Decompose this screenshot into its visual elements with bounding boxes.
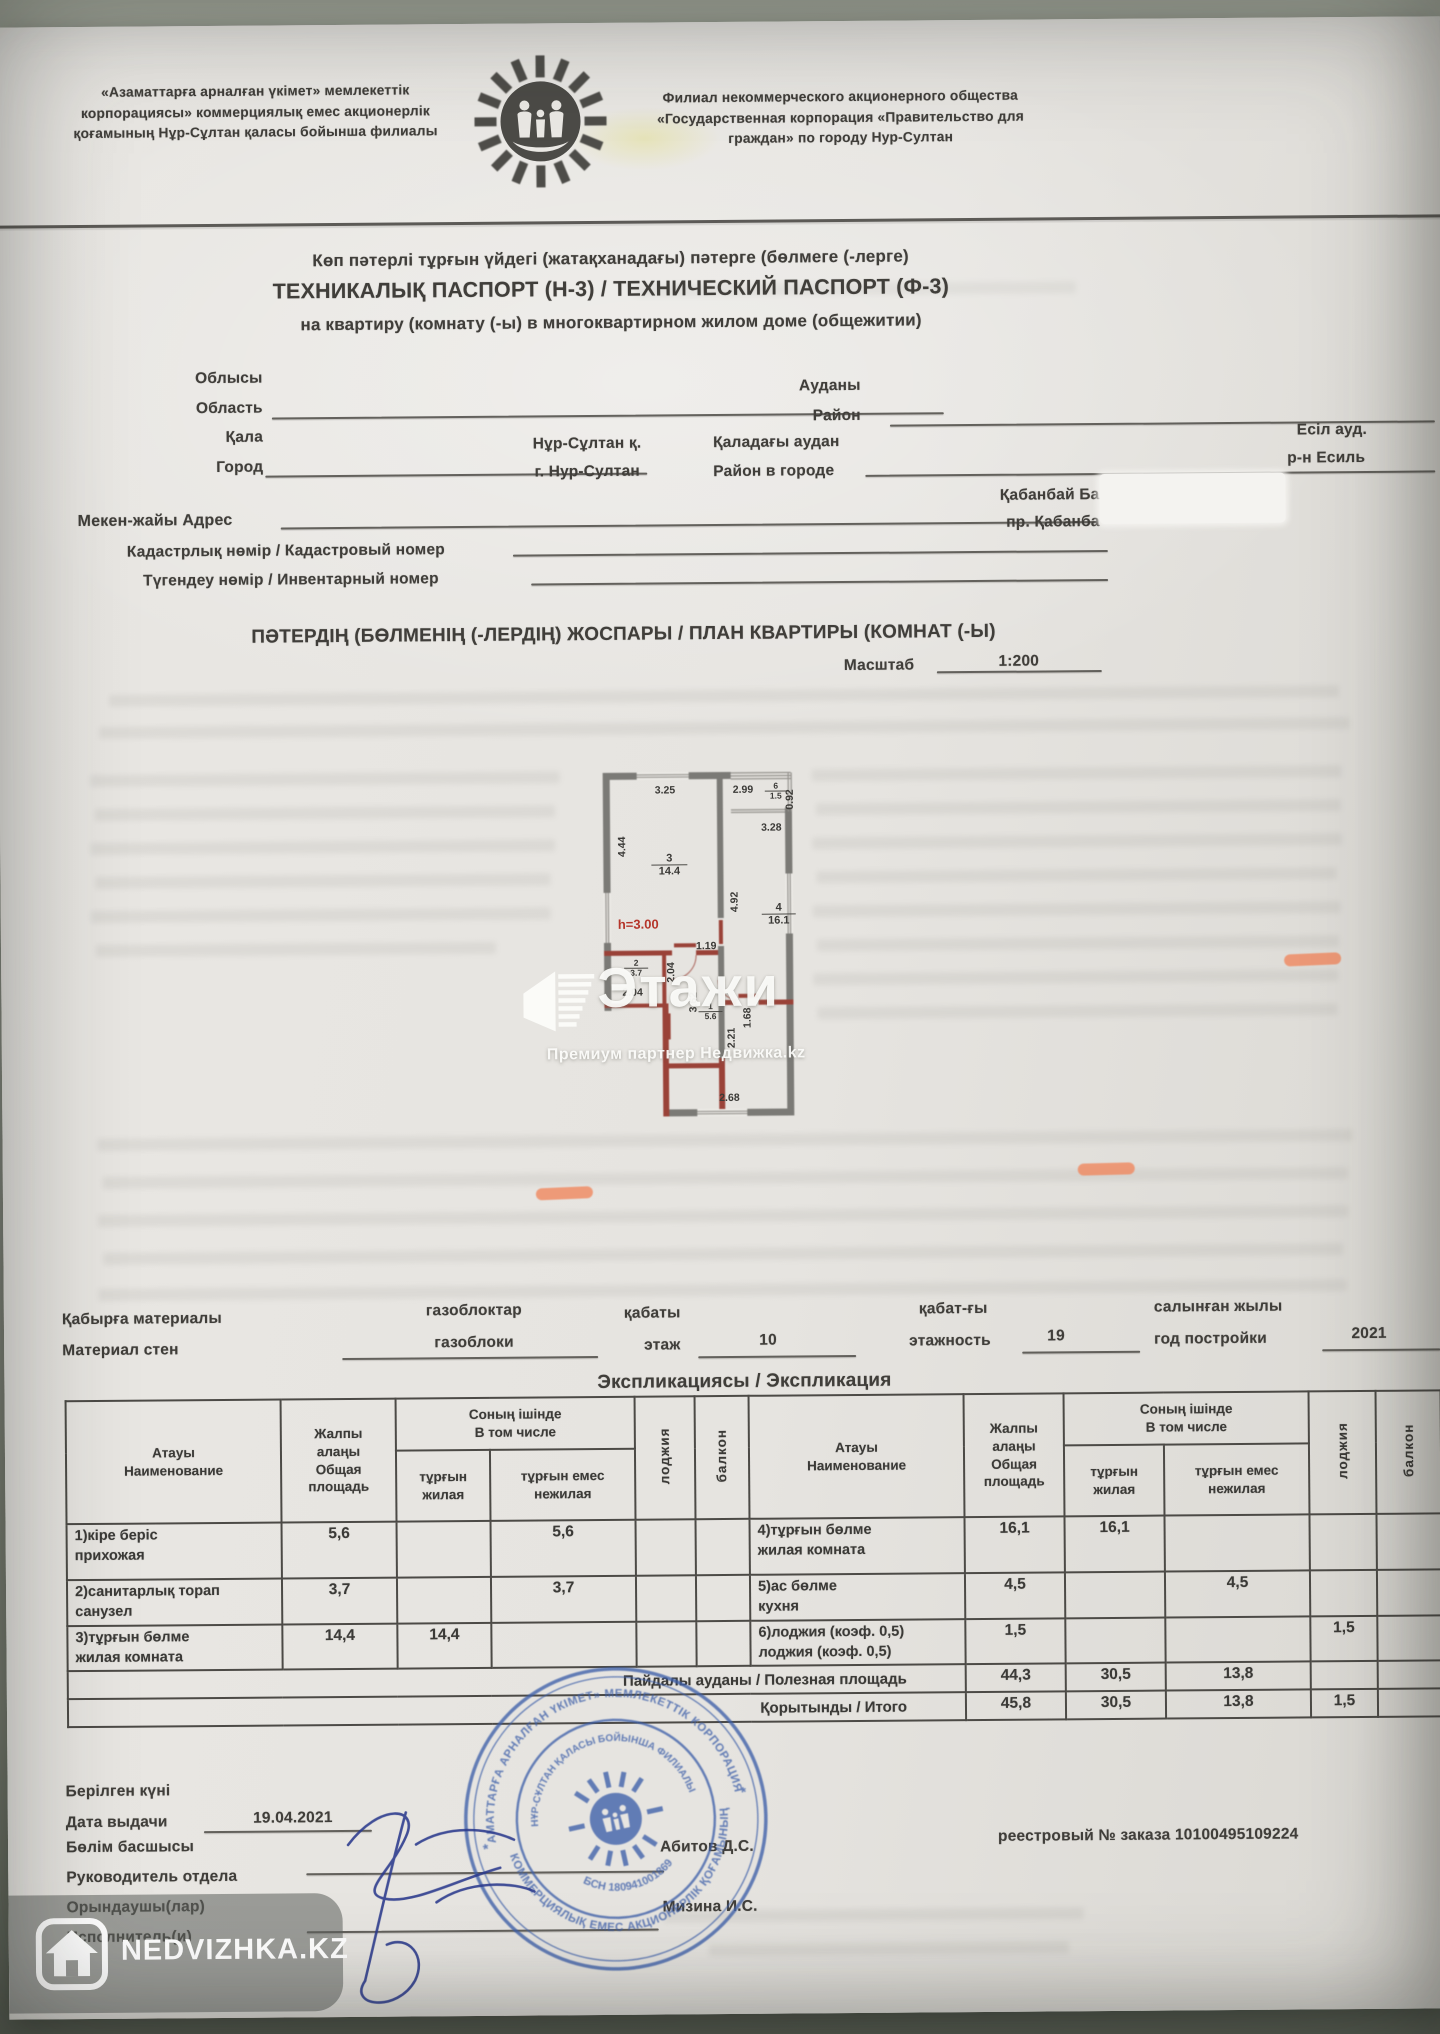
room-area: 14.4 [651, 865, 687, 877]
area-cell: 14,4 [282, 1624, 397, 1670]
ghost-text-line [90, 771, 560, 787]
registry-number: реестровый № заказа 10100495109224 [998, 1826, 1299, 1846]
field-oblast-kz: Облысы [142, 370, 262, 389]
room-name-cell: 1)кіре беріс прихожая [67, 1522, 282, 1580]
watermark-brand: Этажи [597, 954, 780, 1020]
room-name-cell: 5)ас бөлме кухня [750, 1573, 965, 1621]
ghost-text-line [817, 1003, 1337, 1019]
highlighter-mark [1078, 1162, 1135, 1175]
summary-cell [1378, 1660, 1440, 1689]
area-cell [636, 1519, 696, 1575]
ghost-text-line [103, 1167, 1348, 1189]
room-name-cell: 4)тұрғын бөлме жилая комната [750, 1517, 965, 1575]
room-area: 16.1 [762, 915, 796, 927]
address-value-ru: пр. Қабанба [968, 513, 1100, 532]
ghost-text-line [816, 867, 1336, 883]
house-icon [33, 1915, 112, 1994]
col-header-total: Жалпы алаңы Общая площадь [281, 1399, 397, 1523]
document-page: «Азаматтарға арналған үкімет» мемлекетті… [0, 16, 1440, 2019]
floors-total-label-ru: этажность [909, 1332, 991, 1351]
summary-cell [1378, 1688, 1440, 1717]
field-underline [698, 1355, 856, 1358]
field-city-ru: Город [143, 459, 263, 478]
plan-dimension: 2.68 [719, 1092, 740, 1104]
area-cell [1377, 1615, 1440, 1661]
area-cell [1377, 1569, 1440, 1616]
etazhi-building-icon [517, 965, 598, 1038]
area-cell: 5,6 [491, 1520, 636, 1577]
area-cell [1377, 1513, 1440, 1570]
area-cell [1165, 1514, 1310, 1571]
signature-strokes [288, 1782, 720, 2017]
plan-dimension: 4.92 [729, 887, 741, 917]
field-rayon-kz: Ауданы [769, 377, 861, 396]
summary-cell: 30,5 [1066, 1691, 1166, 1720]
wall-material-value-ru: газоблоки [384, 1333, 564, 1352]
area-cell: 5,6 [282, 1522, 397, 1579]
photo-scene: «Азаматтарға арналған үкімет» мемлекетті… [0, 0, 1440, 2034]
floors-total-label-kz: қабат-ғы [919, 1300, 988, 1319]
svg-text:*: * [739, 1783, 748, 1800]
col-header-nonliving: тұрғын емес нежилая [490, 1449, 636, 1521]
wall-material-label-ru: Материал стен [62, 1341, 179, 1360]
col-header-balcony: балкон [1376, 1390, 1440, 1514]
issue-date-label-ru: Дата выдачи [66, 1813, 168, 1832]
title-line-3: на квартиру (комнату (-ы) в многоквартир… [106, 309, 1116, 337]
scale-value: 1:200 [954, 652, 1084, 671]
plan-dimension: 4.44 [616, 832, 628, 862]
field-rayon-ru: Район [769, 407, 861, 426]
area-cell: 16,1 [1065, 1516, 1165, 1573]
area-cell [1065, 1618, 1165, 1664]
issue-date-label-kz: Берілген күні [66, 1782, 171, 1801]
wall-material-label-kz: Қабырға материалы [62, 1310, 222, 1329]
field-cadastre-label: Кадастрлық нөмір / Кадастровый номер [127, 541, 445, 561]
area-cell: 4,5 [965, 1572, 1065, 1619]
area-cell [696, 1575, 750, 1621]
redaction-box [1099, 473, 1285, 524]
area-cell [397, 1577, 491, 1624]
ghost-text-line [95, 873, 550, 889]
watermark-subtitle: Премиум партнер Недвижка.kz [547, 1044, 806, 1064]
col-header-including: Соның ішінде В том числе [396, 1397, 635, 1451]
org-name-left: «Азаматтарға арналған үкімет» мемлекетті… [44, 80, 466, 145]
ghost-text-line [812, 765, 1342, 781]
col-header-total: Жалпы алаңы Общая площадь [964, 1393, 1065, 1517]
address-value-kz: Қабанбай Ба [957, 486, 1099, 505]
col-header-loggia: лоджия [635, 1396, 696, 1519]
field-underline [1022, 1351, 1140, 1354]
col-header-loggia: лоджия [1309, 1391, 1377, 1515]
room-label: 3 14.4 [651, 852, 687, 877]
floor-plan-drawing [585, 757, 803, 1127]
floor-label-kz: қабаты [624, 1304, 681, 1322]
city-value-ru: г. Нур-Султан [502, 462, 672, 481]
area-cell [1065, 1572, 1165, 1619]
floor-label-ru: этаж [644, 1336, 680, 1354]
area-cell [1310, 1570, 1377, 1617]
ceiling-height-note: h=3.00 [618, 917, 659, 932]
summary-cell: 13,8 [1166, 1662, 1311, 1691]
area-cell [1165, 1616, 1310, 1662]
ghost-text-line [816, 799, 1341, 815]
scale-label: Масштаб [844, 656, 915, 675]
title-line-1: Көп пәтерлі тұрғын үйдегі (жатақханадағы… [106, 245, 1116, 273]
plan-dimension: 3.28 [761, 822, 782, 834]
col-header-including: Соның ішінде В том числе [1064, 1391, 1309, 1445]
col-header-living: тұрғын жилая [1064, 1445, 1165, 1517]
org-name-right: Филиал некоммерческого акционерного обще… [639, 85, 1041, 150]
ghost-text-line [91, 907, 551, 923]
ghost-text-line [97, 1129, 1352, 1151]
year-built-label-kz: салынған жылы [1154, 1298, 1283, 1317]
year-built-label-ru: год постройки [1154, 1330, 1267, 1349]
field-address-label: Мекен-жайы Адрес [78, 512, 233, 531]
ghost-text-line [98, 1205, 1348, 1227]
ghost-text-line [812, 833, 1342, 849]
col-header-balcony-label: балкон [1400, 1423, 1418, 1477]
field-inventory-label: Түгендеу нөмір / Инвентарный номер [143, 570, 439, 590]
badge-text: NEDVIZHKA.KZ [121, 1933, 349, 1968]
ghost-text-line [95, 805, 555, 821]
room-number: 4 [762, 901, 796, 914]
col-header-name: Атауы Наименование [749, 1394, 965, 1519]
district-value-ru: р-н Есиль [1247, 449, 1365, 468]
area-cell [636, 1575, 696, 1621]
field-city-kz: Қала [143, 429, 263, 448]
header-separator [0, 214, 1440, 228]
city-value-kz: Нұр-Сұлтан қ. [502, 434, 672, 453]
sun-family-logo-icon [464, 47, 617, 196]
room-area: 1.5 [765, 792, 787, 802]
ghost-text-line [813, 901, 1341, 917]
area-cell: 3,7 [282, 1578, 397, 1625]
floor-value: 10 [746, 1331, 790, 1349]
col-header-balcony: балкон [695, 1396, 750, 1519]
room-name-cell: 6)лоджия (коэф. 0,5) лоджия (коэф. 0,5) [750, 1619, 965, 1666]
field-underline [513, 550, 1108, 557]
summary-cell: 44,3 [966, 1663, 1066, 1692]
col-header-balcony-label: балкон [713, 1428, 731, 1482]
wall-material-value-kz: газоблоктар [384, 1301, 564, 1320]
area-cell: 3,7 [491, 1576, 636, 1623]
col-header-name: Атауы Наименование [66, 1399, 282, 1524]
area-cell: 1,5 [1310, 1616, 1377, 1662]
ghost-text-line [103, 1243, 1343, 1265]
ghost-text-line [813, 969, 1338, 985]
room-label: 6 1.5 [765, 781, 787, 801]
col-header-nonliving: тұрғын емес нежилая [1164, 1443, 1310, 1515]
field-underline [1322, 1348, 1440, 1351]
room-number: 3 [651, 852, 687, 865]
ghost-text-line [109, 685, 1339, 707]
col-header-loggia-label: лоджия [1334, 1422, 1352, 1479]
field-underline [531, 579, 1108, 586]
room-label: 4 16.1 [762, 901, 796, 926]
department-head-label-ru: Руководитель отдела [66, 1868, 237, 1887]
summary-cell: 13,8 [1166, 1690, 1311, 1719]
field-underline [342, 1356, 598, 1360]
ghost-text-line [96, 942, 496, 957]
ghost-text-line [99, 717, 1349, 739]
floor-plan: 3.25 2.99 0.92 3.28 4.44 4.92 1.19 2.04 … [585, 757, 803, 1127]
plan-dimension: 3.25 [655, 784, 676, 796]
ghost-text-line [817, 935, 1339, 951]
highlighter-mark [536, 1186, 593, 1200]
area-cell [696, 1519, 750, 1575]
floors-total-value: 19 [1034, 1327, 1078, 1345]
col-header-loggia-label: лоджия [656, 1427, 674, 1484]
plan-dimension: 2.99 [733, 784, 754, 796]
area-cell: 16,1 [965, 1516, 1065, 1573]
explication-heading: Экспликациясы / Экспликация [384, 1368, 1104, 1396]
area-cell [1310, 1514, 1377, 1571]
room-name-cell: 2)санитарлық торап санузел [67, 1578, 282, 1626]
field-oblast-ru: Область [143, 400, 263, 419]
area-cell [397, 1521, 491, 1578]
summary-cell: 30,5 [1066, 1663, 1166, 1692]
department-head-label-kz: Бөлім басшысы [66, 1838, 194, 1857]
room-name-cell: 3)тұрғын бөлме жилая комната [67, 1624, 282, 1671]
plan-dimension: 1.19 [696, 940, 717, 952]
summary-cell [1311, 1661, 1378, 1690]
year-built-value: 2021 [1334, 1325, 1404, 1344]
plan-heading: ПӘТЕРДІҢ (БӨЛМЕНІҢ (-ЛЕРДІҢ) ЖОСПАРЫ / П… [118, 620, 1128, 650]
summary-cell: 1,5 [1311, 1689, 1378, 1718]
area-cell: 4,5 [1165, 1570, 1310, 1617]
summary-cell: 45,8 [966, 1691, 1066, 1720]
col-header-living: тұрғын жилая [396, 1450, 491, 1522]
area-cell: 1,5 [965, 1618, 1065, 1664]
field-district-kz: Қаладағы аудан [713, 433, 840, 452]
district-value-kz: Есіл ауд. [1247, 421, 1367, 440]
highlighter-mark [1284, 952, 1341, 966]
field-district-ru: Район в городе [713, 462, 834, 481]
title-line-2: ТЕХНИКАЛЫҚ ПАСПОРТ (Н-3) / ТЕХНИЧЕСКИЙ П… [106, 273, 1116, 306]
ghost-text-line [90, 839, 555, 855]
